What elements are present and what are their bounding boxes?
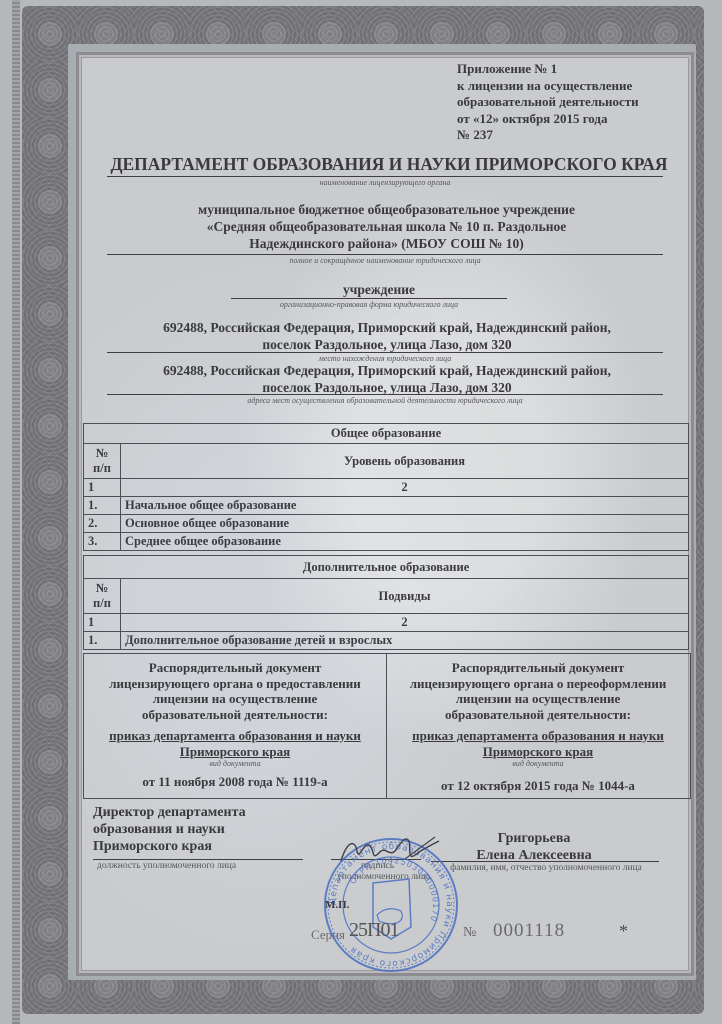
row-number: 1. [84,497,121,515]
table-index-row: 1 2 [84,479,689,497]
organization-line: Надеждинского района» (МБОУ СОШ № 10) [109,235,664,252]
activity-address-caption: адреса мест осуществления образовательно… [107,396,663,405]
reissue-order-kind: приказ департамента образования и науки … [387,728,689,759]
organization-line: муниципальное бюджетное общеобразователь… [109,201,664,218]
row-number: 1. [84,632,121,650]
kind-line: Приморского края [483,744,593,759]
appendix-line: Приложение № 1 [457,61,687,78]
organization-name: муниципальное бюджетное общеобразователь… [109,201,664,252]
kind-line: Приморского края [180,744,290,759]
index-cell: 1 [84,614,121,632]
table-title-row: Общее образование [84,424,689,444]
table-row: 1. Дополнительное образование детей и вз… [84,632,689,650]
licensing-body-caption: наименование лицензирующего органа [107,178,663,187]
row-level: Среднее общее образование [121,533,689,551]
table-title: Дополнительное образование [84,556,689,579]
appendix-line: от «12» октября 2015 года [457,111,687,128]
col-number-header: № п/п [84,579,121,614]
divider [107,176,663,177]
series-value: 25П01 [349,919,398,942]
appendix-header: Приложение № 1 к лицензии на осуществлен… [457,61,687,144]
additional-education-table: Дополнительное образование № п/п Подвиды… [83,555,689,650]
address-line: поселок Раздольное, улица Лазо, дом 320 [109,336,665,353]
activity-address: 692488, Российская Федерация, Приморский… [109,362,665,396]
frame-stripe [12,0,20,1024]
index-cell: 2 [121,614,689,632]
number-sign: № [463,925,476,941]
title-line: лицензирующего органа о переоформлении [387,676,689,692]
grant-order-kind-caption: вид документа [84,759,386,768]
divider [431,861,659,862]
table-header-row: № п/п Уровень образования [84,444,689,479]
row-number: 2. [84,515,121,533]
divider [93,859,303,860]
table-row: 2. Основное общее образование [84,515,689,533]
row-level: Начальное общее образование [121,497,689,515]
grant-order-kind: приказ департамента образования и науки … [84,728,386,759]
licensing-body-name: ДЕПАРТАМЕНТ ОБРАЗОВАНИЯ И НАУКИ ПРИМОРСК… [109,154,669,175]
divider [231,298,507,299]
appendix-line: № 237 [457,127,687,144]
orders-box: Распорядительный документ лицензирующего… [83,653,691,799]
organization-caption: полное и сокращённое наименование юридич… [107,256,663,265]
grant-order-title: Распорядительный документ лицензирующего… [84,660,386,722]
title-line: лицензии на осуществление [387,691,689,707]
asterisk-mark-icon: * [619,921,628,942]
grant-order-date: от 11 ноября 2008 года № 1119-а [84,774,386,790]
location-address: 692488, Российская Федерация, Приморский… [109,319,665,353]
form-number: 0001118 [493,920,565,942]
divider [107,394,663,395]
grant-order: Распорядительный документ лицензирующего… [84,654,386,798]
series-label: Серия [311,927,345,943]
divider [107,352,663,353]
title-line: образовательной деятельности: [84,707,386,723]
divider [107,254,663,255]
general-education-table: Общее образование № п/п Уровень образова… [83,423,689,551]
organization-line: «Средняя общеобразовательная школа № 10 … [109,218,664,235]
seal-place-label: М.П. [325,899,349,911]
title-line: Распорядительный документ [84,660,386,676]
index-cell: 1 [84,479,121,497]
address-line: 692488, Российская Федерация, Приморский… [109,319,665,336]
reissue-order-title: Распорядительный документ лицензирующего… [387,660,689,722]
row-subtype: Дополнительное образование детей и взрос… [121,632,689,650]
table-row: 3. Среднее общее образование [84,533,689,551]
title-line: образовательной деятельности: [387,707,689,723]
handwritten-signature [335,831,445,871]
address-line: 692488, Российская Федерация, Приморский… [109,362,665,379]
table-row: 1. Начальное общее образование [84,497,689,515]
index-cell: 2 [121,479,689,497]
col-subtype-header: Подвиды [121,579,689,614]
table-title: Общее образование [84,424,689,444]
legal-form-value: учреждение [229,282,529,298]
position-line: образования и науки [93,821,313,838]
row-level: Основное общее образование [121,515,689,533]
license-appendix-document: Приложение № 1 к лицензии на осуществлен… [76,52,694,976]
table-index-row: 1 2 [84,614,689,632]
position-line: Директор департамента [93,804,313,821]
position-caption: должность уполномоченного лица [97,861,297,871]
title-line: лицензирующего органа о предоставлении [84,676,386,692]
reissue-order-kind-caption: вид документа [387,759,689,768]
kind-line: приказ департамента образования и науки [412,728,664,743]
legal-form-caption: организационно-правовая форма юридическо… [199,300,539,309]
reissue-order: Распорядительный документ лицензирующего… [386,654,689,798]
appendix-line: к лицензии на осуществление [457,78,687,95]
appendix-line: образовательной деятельности [457,94,687,111]
position-line: Приморского края [93,838,313,855]
title-line: лицензии на осуществление [84,691,386,707]
kind-line: приказ департамента образования и науки [109,728,361,743]
reissue-order-date: от 12 октября 2015 года № 1044-а [387,778,689,794]
row-number: 3. [84,533,121,551]
title-line: Распорядительный документ [387,660,689,676]
signatory-position: Директор департамента образования и наук… [93,804,313,855]
col-level-header: Уровень образования [121,444,689,479]
table-header-row: № п/п Подвиды [84,579,689,614]
table-title-row: Дополнительное образование [84,556,689,579]
col-number-header: № п/п [84,444,121,479]
